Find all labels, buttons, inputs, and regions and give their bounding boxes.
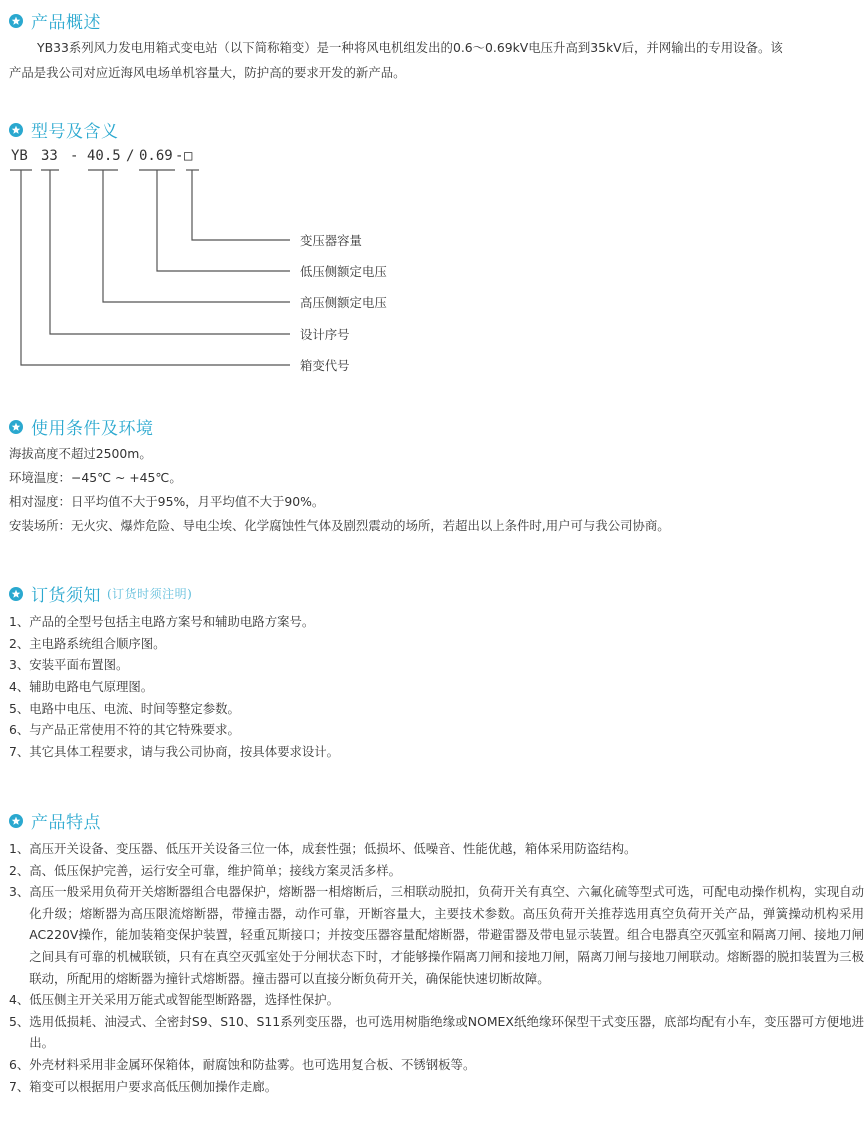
label-box-code: 箱变代号 [300, 356, 350, 374]
ordering-item: 4、辅助电路电气原理图。 [9, 676, 339, 698]
feature-text: 选用低损耗、油浸式、全密封S9、S10、S11系列变压器，也可选用树脂绝缘或NO… [29, 1011, 864, 1054]
condition-location: 安装场所：无火灾、爆炸危险、导电尘埃、化学腐蚀性气体及剧烈震动的场所，若超出以上… [9, 514, 670, 538]
label-design-serial: 设计序号 [300, 325, 350, 343]
section-title-model: 型号及含义 [9, 117, 119, 142]
section-title-text: 订货须知 [31, 581, 101, 606]
feature-number: 1、 [9, 838, 29, 860]
star-circle-icon [9, 123, 23, 137]
section-title-features: 产品特点 [9, 808, 101, 833]
ordering-item: 2、主电路系统组合顺序图。 [9, 633, 339, 655]
feature-number: 3、 [9, 881, 29, 989]
condition-humidity: 相对湿度：日平均值不大于95%，月平均值不大于90%。 [9, 490, 670, 514]
ordering-item: 7、其它具体工程要求，请与我公司协商，按具体要求设计。 [9, 741, 339, 763]
feature-item: 7、箱变可以根据用户要求高低压侧加操作走廊。 [9, 1076, 864, 1098]
ordering-item: 5、电路中电压、电流、时间等整定参数。 [9, 698, 339, 720]
feature-number: 5、 [9, 1011, 29, 1054]
section-title-text: 产品概述 [31, 8, 101, 33]
ordering-list: 1、产品的全型号包括主电路方案号和辅助电路方案号。 2、主电路系统组合顺序图。 … [9, 611, 339, 763]
feature-number: 2、 [9, 860, 29, 882]
ordering-item: 6、与产品正常使用不符的其它特殊要求。 [9, 719, 339, 741]
star-circle-icon [9, 420, 23, 434]
overview-paragraph-line-1: YB33系列风力发电用箱式变电站（以下简称箱变）是一种将风电机组发出的0.6～0… [37, 37, 783, 58]
feature-item: 3、高压一般采用负荷开关熔断器组合电器保护，熔断器一相熔断后，三相联动脱扣，负荷… [9, 881, 864, 989]
ordering-item: 3、安装平面布置图。 [9, 654, 339, 676]
feature-text: 外壳材料采用非金属环保箱体，耐腐蚀和防盐雾。也可选用复合板、不锈钢板等。 [29, 1054, 864, 1076]
section-title-overview: 产品概述 [9, 8, 101, 33]
feature-number: 4、 [9, 989, 29, 1011]
star-circle-icon [9, 587, 23, 601]
feature-number: 6、 [9, 1054, 29, 1076]
feature-item: 4、低压侧主开关采用万能式或智能型断路器，选择性保护。 [9, 989, 864, 1011]
model-diagram: YB 33 - 40.5 / 0.69 - □ 变压器容量 低压侧额定电压 高压… [0, 145, 400, 385]
section-title-text: 型号及含义 [31, 117, 119, 142]
feature-number: 7、 [9, 1076, 29, 1098]
star-circle-icon [9, 814, 23, 828]
overview-paragraph-line-2: 产品是我公司对应近海风电场单机容量大，防护高的要求开发的新产品。 [9, 62, 406, 83]
label-transformer-capacity: 变压器容量 [300, 231, 362, 249]
features-list: 1、高压开关设备、变压器、低压开关设备三位一体，成套性强；低损坏、低噪音、性能优… [9, 838, 864, 1097]
feature-text: 箱变可以根据用户要求高低压侧加操作走廊。 [29, 1076, 864, 1098]
feature-item: 1、高压开关设备、变压器、低压开关设备三位一体，成套性强；低损坏、低噪音、性能优… [9, 838, 864, 860]
section-title-conditions: 使用条件及环境 [9, 414, 154, 439]
star-circle-icon [9, 14, 23, 28]
feature-item: 2、高、低压保护完善，运行安全可靠，维护简单；接线方案灵活多样。 [9, 860, 864, 882]
section-subtitle: (订货时须注明) [107, 585, 192, 602]
label-hv-rated-voltage: 高压侧额定电压 [300, 293, 387, 311]
feature-item: 5、选用低损耗、油浸式、全密封S9、S10、S11系列变压器，也可选用树脂绝缘或… [9, 1011, 864, 1054]
feature-text: 高压开关设备、变压器、低压开关设备三位一体，成套性强；低损坏、低噪音、性能优越，… [29, 838, 864, 860]
condition-altitude: 海拔高度不超过2500m。 [9, 442, 670, 466]
feature-text: 高压一般采用负荷开关熔断器组合电器保护，熔断器一相熔断后，三相联动脱扣，负荷开关… [29, 881, 864, 989]
section-title-ordering: 订货须知 (订货时须注明) [9, 581, 192, 606]
feature-item: 6、外壳材料采用非金属环保箱体，耐腐蚀和防盐雾。也可选用复合板、不锈钢板等。 [9, 1054, 864, 1076]
section-title-text: 产品特点 [31, 808, 101, 833]
ordering-item: 1、产品的全型号包括主电路方案号和辅助电路方案号。 [9, 611, 339, 633]
feature-text: 高、低压保护完善，运行安全可靠，维护简单；接线方案灵活多样。 [29, 860, 864, 882]
section-title-text: 使用条件及环境 [31, 414, 154, 439]
condition-temperature: 环境温度：−45℃ ~ +45℃。 [9, 466, 670, 490]
label-lv-rated-voltage: 低压侧额定电压 [300, 262, 387, 280]
feature-text: 低压侧主开关采用万能式或智能型断路器，选择性保护。 [29, 989, 864, 1011]
conditions-list: 海拔高度不超过2500m。 环境温度：−45℃ ~ +45℃。 相对湿度：日平均… [9, 442, 670, 538]
